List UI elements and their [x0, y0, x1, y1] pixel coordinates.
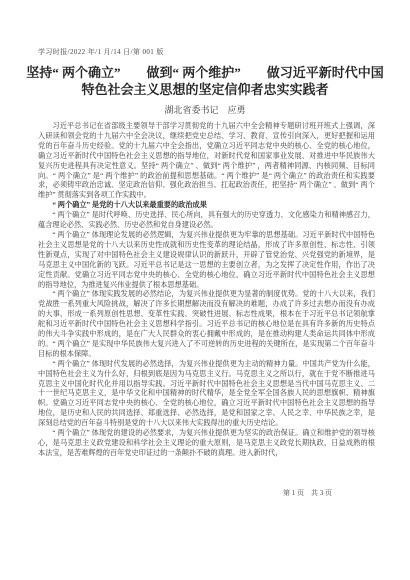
article-title: 坚持“ 两个确立” 做到“ 两个维护” 做习近平新时代中国 特色社会主义思想的坚… [16, 64, 394, 98]
document-page: 学习时报/2022 年/1 月/14 日/第 001 版 坚持“ 两个确立” 做… [0, 0, 410, 580]
byline-author: 湖北省委书记 应勇 [0, 103, 410, 116]
section-subheading: “ 两个确立” 是党的十八大以来最重要的政治成果 [38, 201, 375, 211]
paragraph-3: “ 两个确立” 体现理论发展的必然逻辑，为复兴伟业提供更为牢靠的思想基础。习近平… [38, 231, 375, 290]
page-number: 第 1 页 共 3 页 [283, 488, 332, 498]
paragraph-1: 习近平总书记在省部级主要领导干部学习贯彻党的十九届六中全会精神专题研讨班开班式上… [38, 122, 375, 201]
article-title-line-2: 特色社会主义思想的坚定信仰者忠实实践者 [81, 82, 328, 97]
paragraph-2: “ 两个确立” 是时代呼唤、历史选择、民心所向，具有强大的历史穿透力、文化感染力… [38, 211, 375, 231]
paragraph-5: “ 两个确立” 体现时代发展的必然选择，为复兴伟业提供更为主动的精神力量。中国共… [38, 360, 375, 429]
article-body: 习近平总书记在省部级主要领导干部学习贯彻党的十九届六中全会精神专题研讨班开班式上… [38, 122, 375, 459]
paragraph-4: “ 两个确立” 体现实践发展的必然结论，为复兴伟业提供更为显著的制度优势。党的十… [38, 290, 375, 359]
paragraph-6: “ 两个确立” 体现党的建设的必然要求，为复兴伟业提供更为坚实的政治保证。确立和… [38, 429, 375, 459]
article-title-line-1: 坚持“ 两个确立” 做到“ 两个维护” 做习近平新时代中国 [26, 65, 384, 80]
publication-source-line: 学习时报/2022 年/1 月/14 日/第 001 版 [38, 47, 164, 57]
